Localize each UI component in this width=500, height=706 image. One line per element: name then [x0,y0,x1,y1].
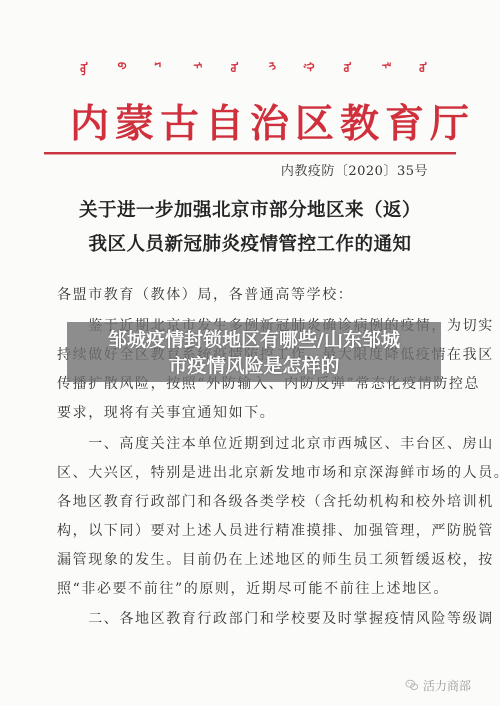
document-title-line-1: 关于进一步加强北京市部分地区来（返） [60,196,440,222]
mongolian-glyph: ᠪ [116,62,127,69]
wechat-icon [405,678,419,692]
watermark-label: 活力商部 [423,677,471,694]
body-line: 二、各地区教育行政部门和学校要及时掌握疫情风险等级调 [57,609,455,630]
mongolian-glyph: ᠣ [229,62,240,72]
mongolian-glyph: ᠷ [153,62,164,67]
caption-overlay-title: 邹城疫情封锁地区有哪些/山东邹城 市疫情风险是怎样的 [67,322,441,382]
mongolian-glyph: ᠤ [417,62,428,72]
caption-line-2: 市疫情风险是怎样的 [67,353,441,379]
body-line: 构，以下同）要对上述人员进行精准摸排、加强管理，严防脱管 [57,521,455,542]
mongolian-glyph: ᠣ [342,62,353,72]
mongolian-glyph: ᠮ [191,62,202,69]
document-page: ᠥ ᠪ ᠷ ᠮ ᠣ ᠩ ᠭ ᠣ ᠯ ᠤ 内蒙古自治区教育厅 内教疫防〔2020〕… [0,0,500,706]
caption-line-1: 邹城疫情封锁地区有哪些/山东邹城 [67,327,441,353]
mongolian-glyph: ᠩ [266,62,277,70]
issuer-heading: 内蒙古自治区教育厅 [70,99,430,149]
issuer-mongolian-script: ᠥ ᠪ ᠷ ᠮ ᠣ ᠩ ᠭ ᠣ ᠯ ᠤ [78,62,428,102]
salutation: 各盟市教育（教体）局，各普通高等学校： [57,285,455,306]
body-line: 一、高度关注本单位近期到过北京市西城区、丰台区、房山 [57,434,455,455]
body-line: 漏管现象的发生。目前仍在上述地区的师生员工须暂缓返校，按 [57,550,455,571]
mongolian-glyph: ᠭ [304,62,315,72]
body-line: 各地区教育行政部门和各级各类学校（含托幼机构和校外培训机 [57,492,455,513]
mongolian-glyph: ᠯ [379,62,390,69]
body-line: 区、大兴区，特别是进出北京新发地市场和京深海鲜市场的人员。 [57,463,455,484]
body-line: 照“非必要不前往”的原则，近期尽可能不前往上述地区。 [57,579,455,600]
red-header-rule [44,152,456,155]
source-watermark: 活力商部 [405,676,471,694]
document-number: 内教疫防〔2020〕35号 [281,160,428,179]
document-title-line-2: 我区人员新冠肺炎疫情管控工作的通知 [60,230,440,256]
mongolian-glyph: ᠥ [78,62,89,76]
body-line: 要求，现将有关事宜通知如下。 [57,403,455,424]
